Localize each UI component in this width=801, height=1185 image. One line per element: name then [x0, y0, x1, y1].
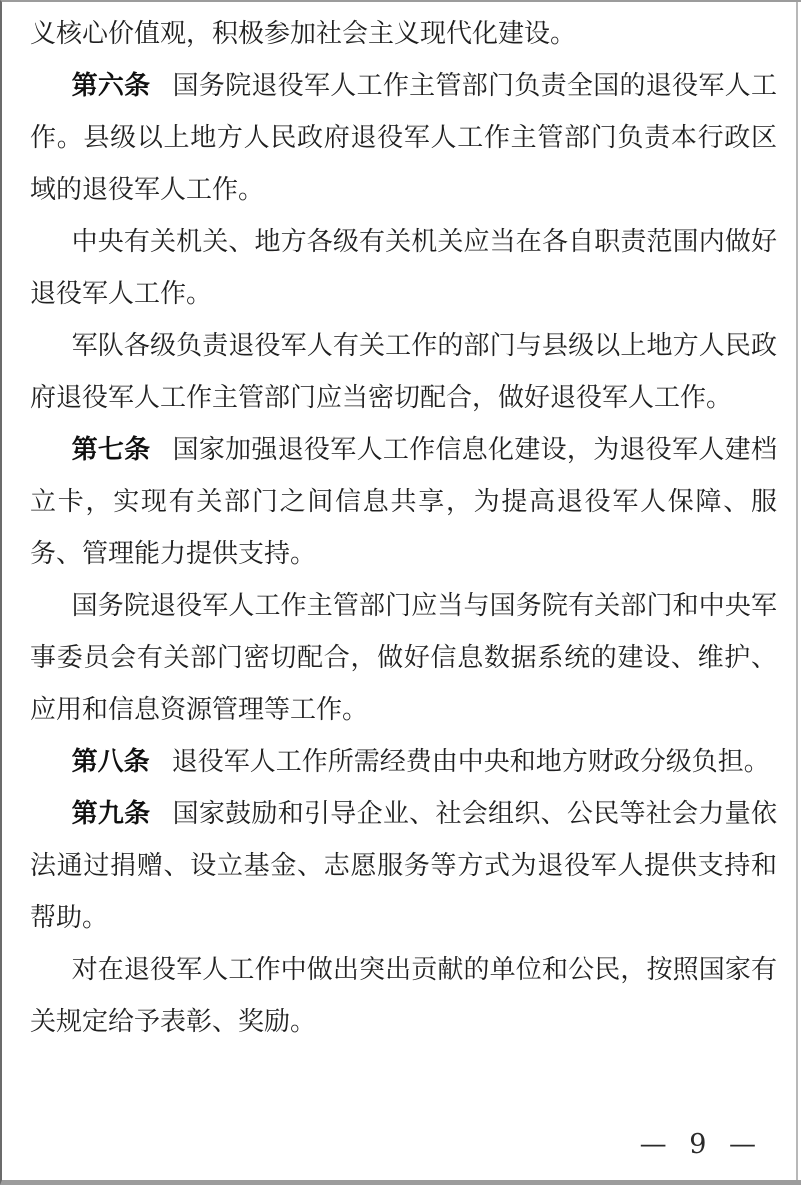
- paragraph-article-8: 第八条退役军人工作所需经费由中央和地方财政分级负担。: [30, 736, 777, 788]
- article-6-number: 第六条: [72, 71, 151, 101]
- paragraph-information-systems: 国务院退役军人工作主管部门应当与国务院有关部门和中央军事委员会有关部门密切配合，…: [30, 580, 777, 736]
- page-content: 义核心价值观，积极参加社会主义现代化建设。 第六条国务院退役军人工作主管部门负责…: [2, 2, 801, 1048]
- footer-page-number: — 9 —: [640, 1128, 757, 1162]
- paragraph-continuation: 义核心价值观，积极参加社会主义现代化建设。: [30, 8, 777, 60]
- paragraph-military-departments: 军队各级负责退役军人有关工作的部门与县级以上地方人民政府退役军人工作主管部门应当…: [30, 320, 777, 424]
- paragraph-article-6: 第六条国务院退役军人工作主管部门负责全国的退役军人工作。县级以上地方人民政府退役…: [30, 60, 777, 216]
- paragraph-commendation: 对在退役军人工作中做出突出贡献的单位和公民，按照国家有关规定给予表彰、奖励。: [30, 944, 777, 1048]
- article-8-text: 退役军人工作所需经费由中央和地方财政分级负担。: [172, 747, 770, 777]
- page-right-edge: [796, 2, 798, 1180]
- article-7-number: 第七条: [72, 435, 151, 465]
- paragraph-article-7: 第七条国家加强退役军人工作信息化建设，为退役军人建档立卡，实现有关部门之间信息共…: [30, 424, 777, 580]
- paragraph-article-9: 第九条国家鼓励和引导企业、社会组织、公民等社会力量依法通过捐赠、设立基金、志愿服…: [30, 788, 777, 944]
- paragraph-central-organs: 中央有关机关、地方各级有关机关应当在各自职责范围内做好退役军人工作。: [30, 216, 777, 320]
- document-page: 义核心价值观，积极参加社会主义现代化建设。 第六条国务院退役军人工作主管部门负责…: [0, 0, 801, 1185]
- article-8-number: 第八条: [72, 747, 150, 777]
- article-9-number: 第九条: [72, 799, 151, 829]
